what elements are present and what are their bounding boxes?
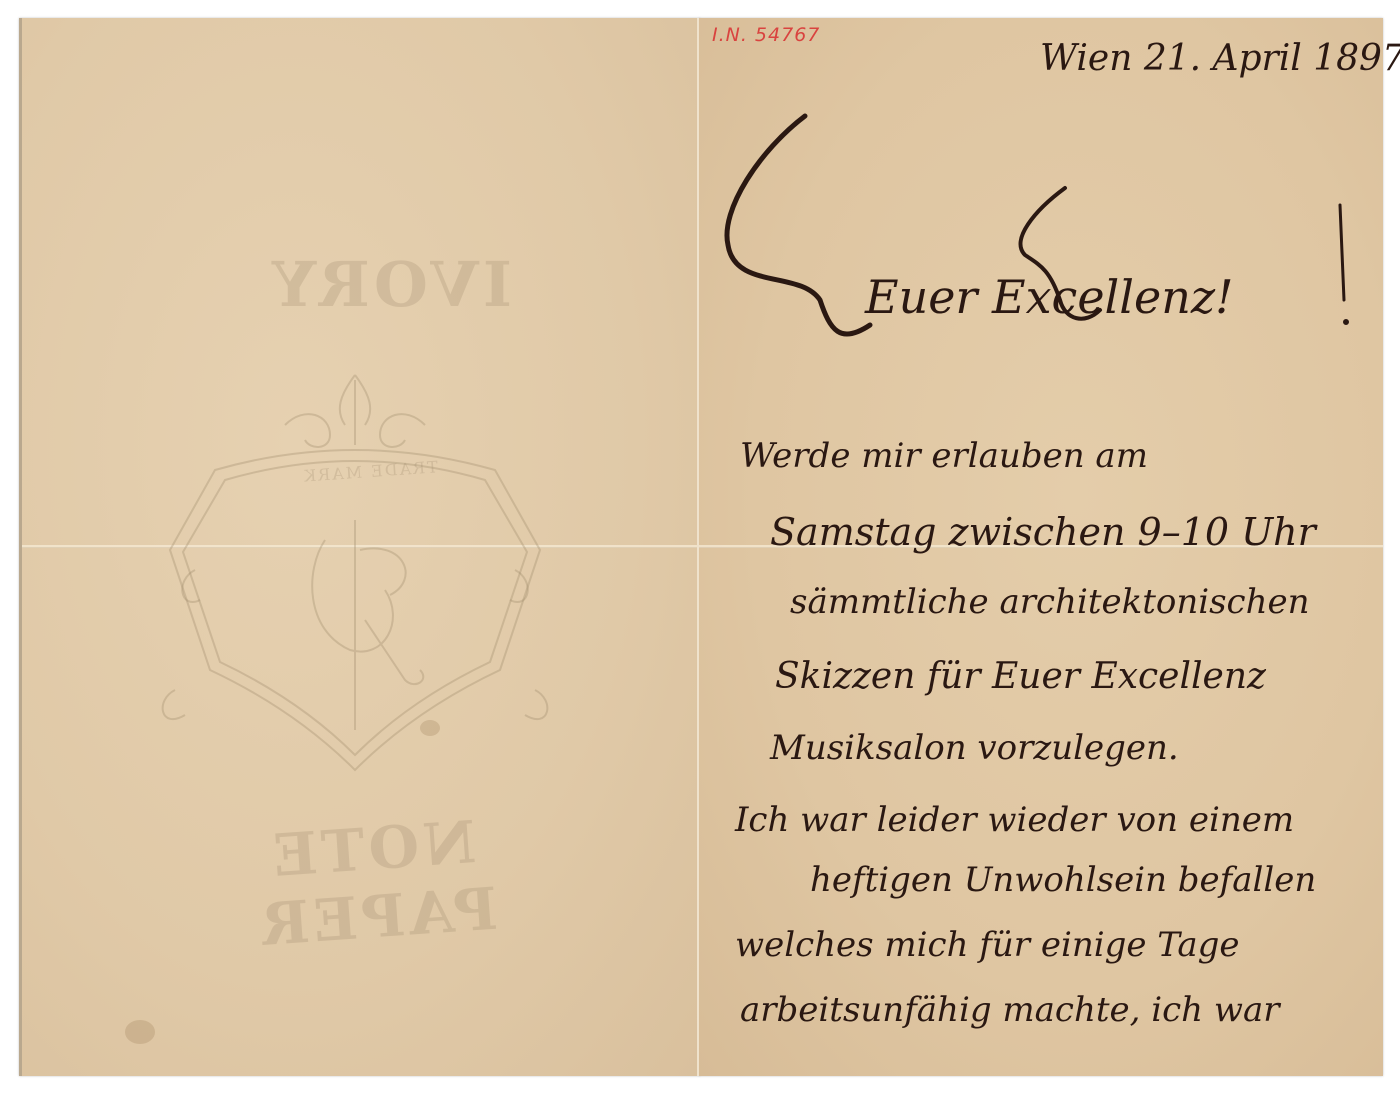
stain (420, 720, 440, 736)
watermark-ivory: IVORY (200, 248, 580, 321)
body-line-6: Ich war leider wieder von einem (735, 800, 1294, 840)
body-line-1: Werde mir erlauben am (740, 436, 1148, 476)
center-fold (697, 18, 699, 1076)
body-line-3: sämmtliche architektonischen (790, 582, 1310, 622)
body-line-5: Musiksalon vorzulegen. (770, 728, 1179, 768)
date-line: Wien 21. April 1897 (1040, 38, 1400, 79)
body-line-9: arbeitsunfähig machte, ich war (740, 990, 1279, 1030)
watermark-emblem-icon (155, 370, 555, 790)
salutation: Euer Excellenz! (865, 270, 1234, 324)
archive-number: I.N. 54767 (712, 24, 820, 46)
body-line-4: Skizzen für Euer Excellenz (775, 656, 1266, 697)
body-line-7: heftigen Unwohlsein befallen (810, 860, 1316, 900)
stain (125, 1020, 155, 1044)
body-line-2: Samstag zwischen 9–10 Uhr (770, 510, 1316, 554)
body-line-8: welches mich für einige Tage (735, 925, 1239, 965)
